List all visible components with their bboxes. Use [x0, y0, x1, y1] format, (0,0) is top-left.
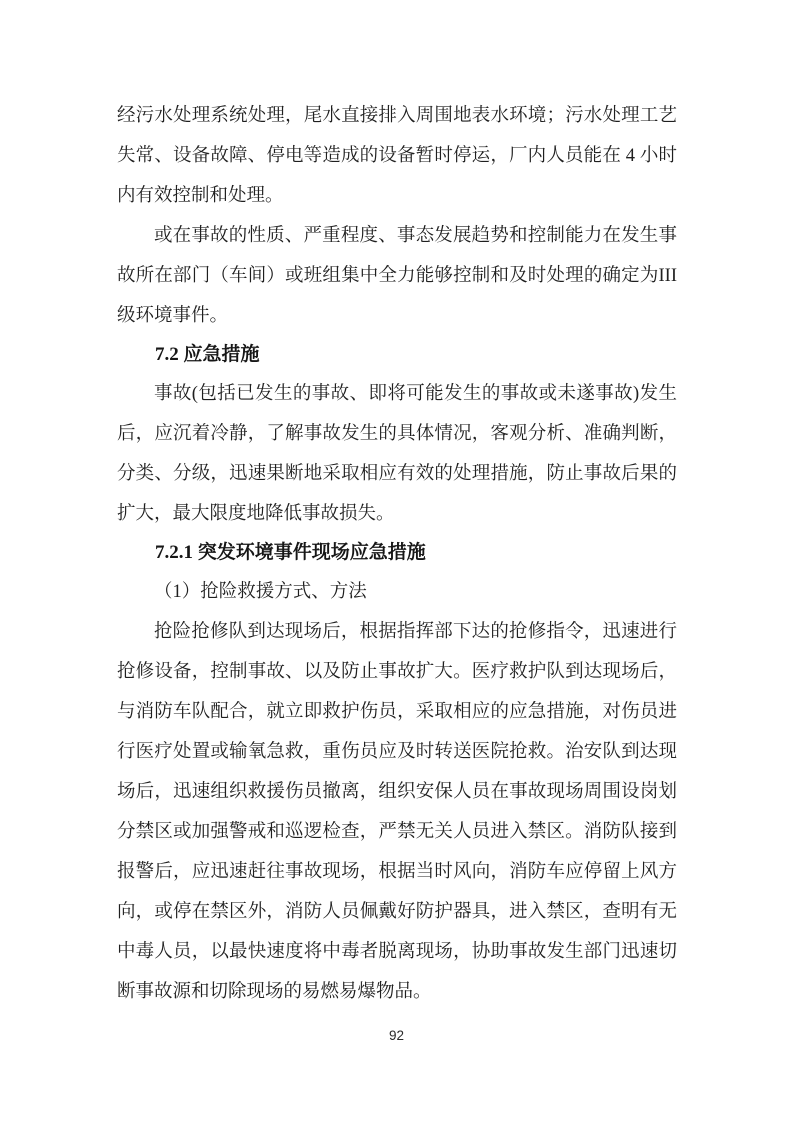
paragraph-level-iii-event: 或在事故的性质、严重程度、事态发展趋势和控制能力在发生事故所在部门（车间）或班组… — [117, 216, 677, 336]
section-heading-7-2: 7.2 应急措施 — [117, 336, 677, 374]
page-number: 92 — [0, 1026, 793, 1046]
document-page: 经污水处理系统处理，尾水直接排入周围地表水环境；污水处理工艺失常、设备故障、停电… — [0, 0, 793, 1122]
document-body: 经污水处理系统处理，尾水直接排入周围地表水环境；污水处理工艺失常、设备故障、停电… — [117, 96, 677, 1012]
paragraph-rescue-methods-label: （1）抢险救援方式、方法 — [117, 572, 677, 612]
section-heading-7-2-1: 7.2.1 突发环境事件现场应急措施 — [117, 534, 677, 572]
paragraph-accident-response-principle: 事故(包括已发生的事故、即将可能发生的事故或未遂事故)发生后，应沉着冷静，了解事… — [117, 374, 677, 534]
paragraph-rescue-procedures: 抢险抢修队到达现场后，根据指挥部下达的抢修指令，迅速进行抢修设备，控制事故、以及… — [117, 612, 677, 1012]
paragraph-wastewater-continuation: 经污水处理系统处理，尾水直接排入周围地表水环境；污水处理工艺失常、设备故障、停电… — [117, 96, 677, 216]
